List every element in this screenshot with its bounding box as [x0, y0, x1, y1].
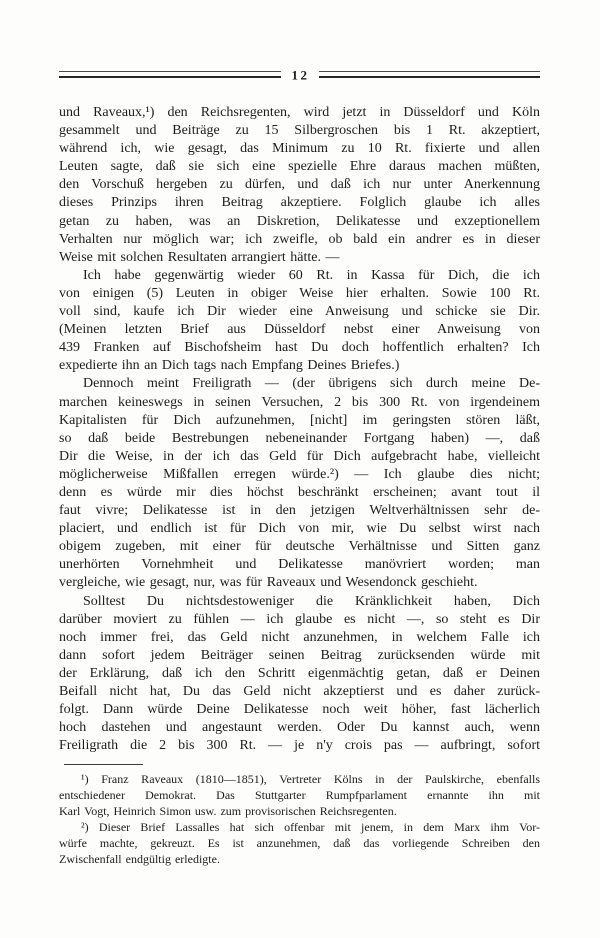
text-line: so daß beide Bestrebungen nebeneinander … [59, 430, 540, 448]
text-line: Dennoch meint Freiligrath — (der übrigen… [59, 375, 540, 393]
text-line: möglicherweise Mißfallen erregen würde.²… [59, 466, 540, 484]
footnote-line: Zwischenfall endgültig erledigte. [59, 852, 540, 868]
paragraph: Ich habe gegenwärtig wieder 60 Rt. in Ka… [59, 267, 540, 376]
footnote-line: Karl Vogt, Heinrich Simon usw. zum provi… [59, 804, 540, 820]
text-line: folgt. Dann würde Deine Delikatesse noch… [59, 701, 540, 719]
footnote-line: entschiedener Demokrat. Das Stuttgarter … [59, 788, 540, 804]
text-line: Solltest Du nichtsdestoweniger die Kränk… [59, 593, 540, 611]
text-line: placiert, und endlich ist für Dich von m… [59, 520, 540, 538]
header-rule-right [319, 71, 541, 78]
paragraph: ²) Dieser Brief Lassalles hat sich offen… [59, 820, 540, 868]
text-line: Ich habe gegenwärtig wieder 60 Rt. in Ka… [59, 267, 540, 285]
text-line: gesammelt und Beiträge zu 15 Silbergrosc… [59, 122, 540, 140]
text-line: marchen keineswegs in seinen Versuchen, … [59, 394, 540, 412]
letter-body-text: und Raveaux,¹) den Reichsregenten, wird … [59, 104, 540, 755]
paragraph: ¹) Franz Raveaux (1810—1851), Vertreter … [59, 772, 540, 820]
text-line: obigem zugeben, mit einer für deutsche V… [59, 538, 540, 556]
page-header: 12 [59, 66, 540, 82]
footnote-line: würfe machte, gekreuzt. Es ist anzunehme… [59, 836, 540, 852]
text-line: Verhalten nur möglich war; ich zweifle, … [59, 231, 540, 249]
text-line: noch immer frei, das Geld nicht anzunehm… [59, 629, 540, 647]
text-line: darüber moviert zu fühlen — ich glaube e… [59, 611, 540, 629]
text-line: Beifall nicht hat, Du das Geld nicht akz… [59, 683, 540, 701]
text-line: Leuten sagte, daß sie sich eine speziell… [59, 158, 540, 176]
footnote-line: ²) Dieser Brief Lassalles hat sich offen… [59, 820, 540, 836]
book-page: 12 und Raveaux,¹) den Reichsregenten, wi… [0, 0, 600, 938]
text-line: den Vorschuß hergeben zu dürfen, und daß… [59, 176, 540, 194]
header-rule-left [59, 71, 281, 78]
text-line: faut vivre; Delikatesse ist in den jetzi… [59, 502, 540, 520]
text-line: denn es würde mir dies höchst beschränkt… [59, 484, 540, 502]
text-line: dieses Prinzips ihren Beitrag akzeptiere… [59, 194, 540, 212]
footnote-separator [64, 764, 143, 765]
text-line: unerhörten Vornehmheit und Delikatesse m… [59, 556, 540, 574]
text-line: während ich, wie gesagt, das Minimum zu … [59, 140, 540, 158]
text-line: (Meinen letzten Brief aus Düsseldorf neb… [59, 321, 540, 339]
text-line: dann sofort jedem Beiträger seinen Beitr… [59, 647, 540, 665]
text-line: der Erklärung, daß ich den Schritt eigen… [59, 665, 540, 683]
text-line: Weise mit solchen Resultaten arrangiert … [59, 249, 540, 267]
paragraph: Dennoch meint Freiligrath — (der übrigen… [59, 375, 540, 592]
page-number: 12 [281, 68, 319, 81]
text-line: Freiligrath die 2 bis 300 Rt. — je n'y c… [59, 737, 540, 755]
text-line: getan zu haben, was an Diskretion, Delik… [59, 213, 540, 231]
text-line: hoch dastehen und angestaunt werden. Ode… [59, 719, 540, 737]
text-line: vergleiche, wie gesagt, nur, was für Rav… [59, 574, 540, 592]
text-line: expedierte ihn an Dich tags nach Empfang… [59, 357, 540, 375]
paragraph: und Raveaux,¹) den Reichsregenten, wird … [59, 104, 540, 267]
text-line: Kapitalisten für Dich aufzunehmen, [nich… [59, 412, 540, 430]
text-line: voll sind, kaufe ich Dir wieder eine Anw… [59, 303, 540, 321]
text-line: 439 Franken auf Bischofsheim hast Du doc… [59, 339, 540, 357]
footnotes-section: ¹) Franz Raveaux (1810—1851), Vertreter … [59, 772, 540, 867]
footnote-line: ¹) Franz Raveaux (1810—1851), Vertreter … [59, 772, 540, 788]
text-line: Dir die Weise, in der ich das Geld für D… [59, 448, 540, 466]
text-line: von einigen (5) Leuten in obiger Weise h… [59, 285, 540, 303]
text-line: und Raveaux,¹) den Reichsregenten, wird … [59, 104, 540, 122]
paragraph: Solltest Du nichtsdestoweniger die Kränk… [59, 593, 540, 756]
